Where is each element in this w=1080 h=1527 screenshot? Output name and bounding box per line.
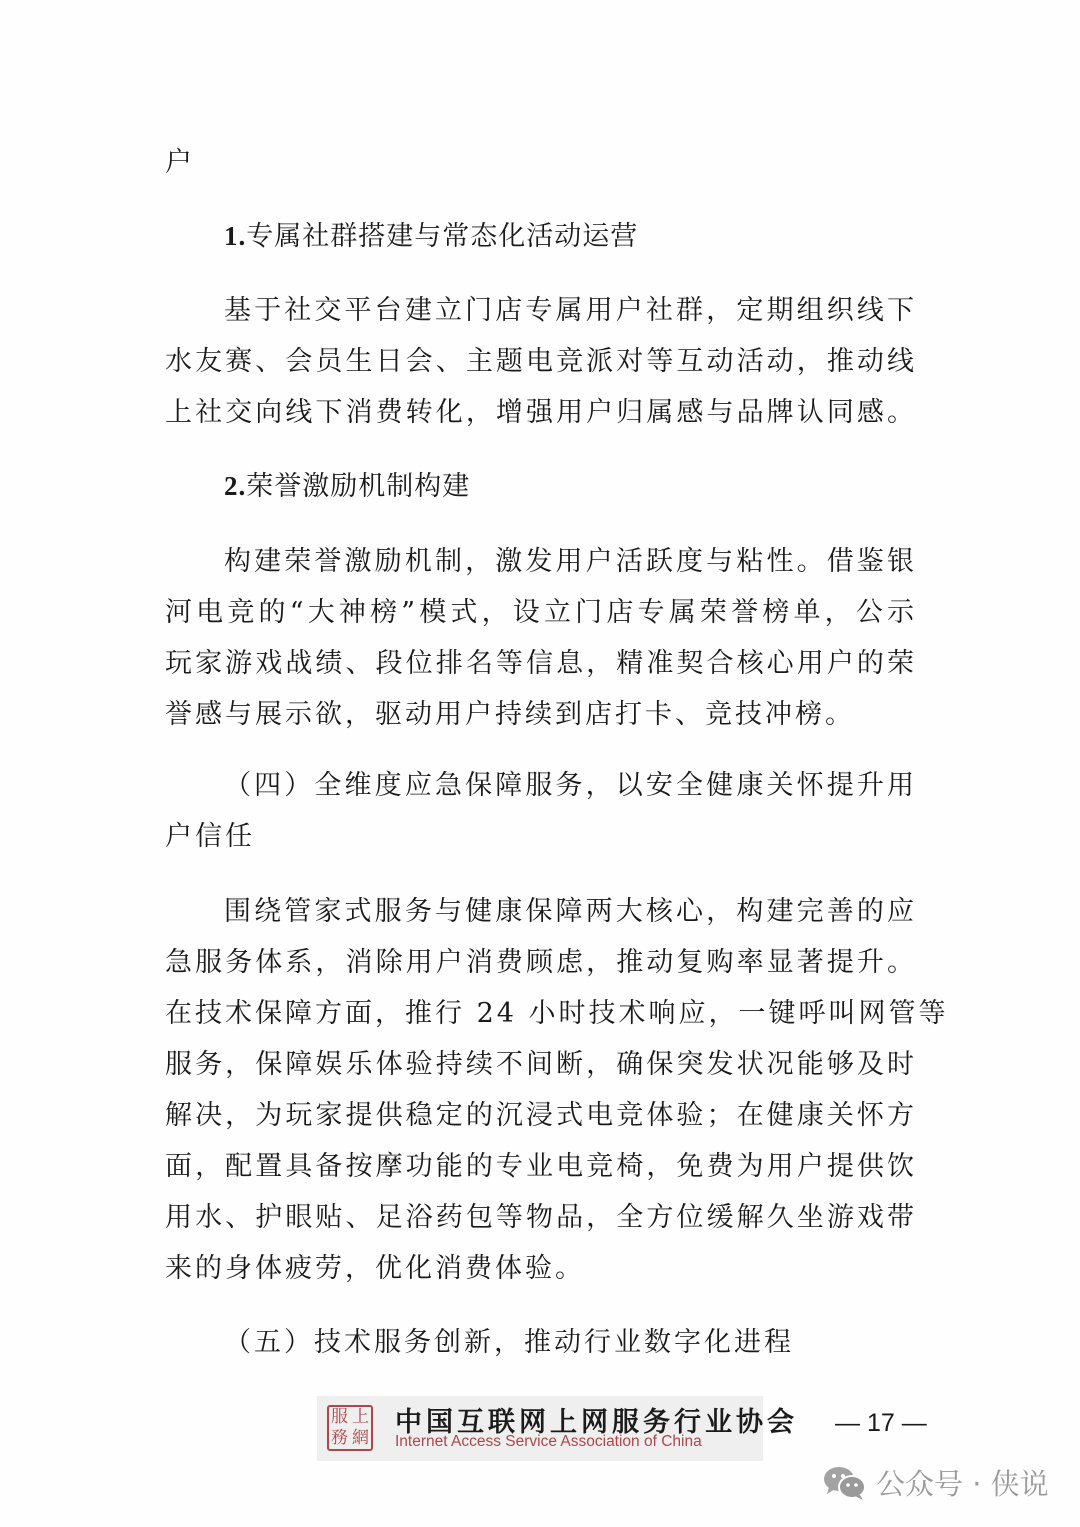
seal-char: 上 — [350, 1407, 371, 1428]
paragraph-line: 服务，保障娱乐体验持续不间断，确保突发状况能够及时 — [165, 1049, 917, 1081]
wechat-watermark: 公众号 · 侠说 — [822, 1462, 1049, 1503]
seal-char: 網 — [350, 1428, 371, 1449]
section-heading-4: （四）全维度应急保障服务，以安全健康关怀提升用 — [224, 770, 917, 802]
section-heading-5: （五）技术服务创新，推动行业数字化进程 — [224, 1327, 917, 1359]
paragraph-line: 围绕管家式服务与健康保障两大核心，构建完善的应 — [224, 896, 917, 928]
wechat-icon — [822, 1465, 868, 1501]
seal-char: 服 — [329, 1407, 350, 1428]
watermark-text: 公众号 · 侠说 — [876, 1462, 1049, 1503]
paragraph-line: 急服务体系，消除用户消费顾虑，推动复购率显著提升。 — [165, 947, 917, 979]
subheading-number: 1. — [224, 221, 246, 251]
subheading-text: 荣誉激励机制构建 — [246, 471, 470, 502]
paragraph-line: 基于社交平台建立门店专属用户社群，定期组织线下 — [224, 295, 917, 327]
paragraph-line: 在技术保障方面，推行 24 小时技术响应，一键呼叫网管等 — [165, 998, 917, 1030]
document-page: 户 1.专属社群搭建与常态化活动运营 基于社交平台建立门店专属用户社群，定期组织… — [0, 0, 1080, 1527]
paragraph-line: 用水、护眼贴、足浴药包等物品，全方位缓解久坐游戏带 — [165, 1202, 917, 1234]
seal-icon: 服 上 務 網 — [327, 1405, 373, 1451]
subheading-1: 1.专属社群搭建与常态化活动运营 — [224, 220, 917, 252]
association-logo: 服 上 務 網 中国互联网上网服务行业协会 Internet Access Se… — [317, 1396, 763, 1461]
org-name-en: Internet Access Service Association of C… — [395, 1433, 702, 1451]
continued-line: 户 — [165, 147, 917, 179]
paragraph-line: 上社交向线下消费转化，增强用户归属感与品牌认同感。 — [165, 397, 917, 429]
subheading-2: 2.荣誉激励机制构建 — [224, 470, 917, 502]
section-heading-4-cont: 户信任 — [165, 821, 917, 853]
paragraph-line: 誉感与展示欲，驱动用户持续到店打卡、竞技冲榜。 — [165, 699, 917, 731]
page-number: — 17 — — [835, 1409, 927, 1438]
paragraph-line: 玩家游戏战绩、段位排名等信息，精准契合核心用户的荣 — [165, 648, 917, 680]
paragraph-line: 来的身体疲劳，优化消费体验。 — [165, 1253, 917, 1285]
subheading-text: 专属社群搭建与常态化活动运营 — [246, 221, 638, 252]
paragraph-line: 面，配置具备按摩功能的专业电竞椅，免费为用户提供饮 — [165, 1151, 917, 1183]
paragraph-line: 水友赛、会员生日会、主题电竞派对等互动活动，推动线 — [165, 346, 917, 378]
subheading-number: 2. — [224, 471, 246, 501]
paragraph-line: 构建荣誉激励机制，激发用户活跃度与粘性。借鉴银 — [224, 546, 917, 578]
paragraph-line: 解决，为玩家提供稳定的沉浸式电竞体验；在健康关怀方 — [165, 1100, 917, 1132]
paragraph-line: 河电竞的“大神榜”模式，设立门店专属荣誉榜单，公示 — [165, 597, 917, 629]
seal-char: 務 — [329, 1428, 350, 1449]
